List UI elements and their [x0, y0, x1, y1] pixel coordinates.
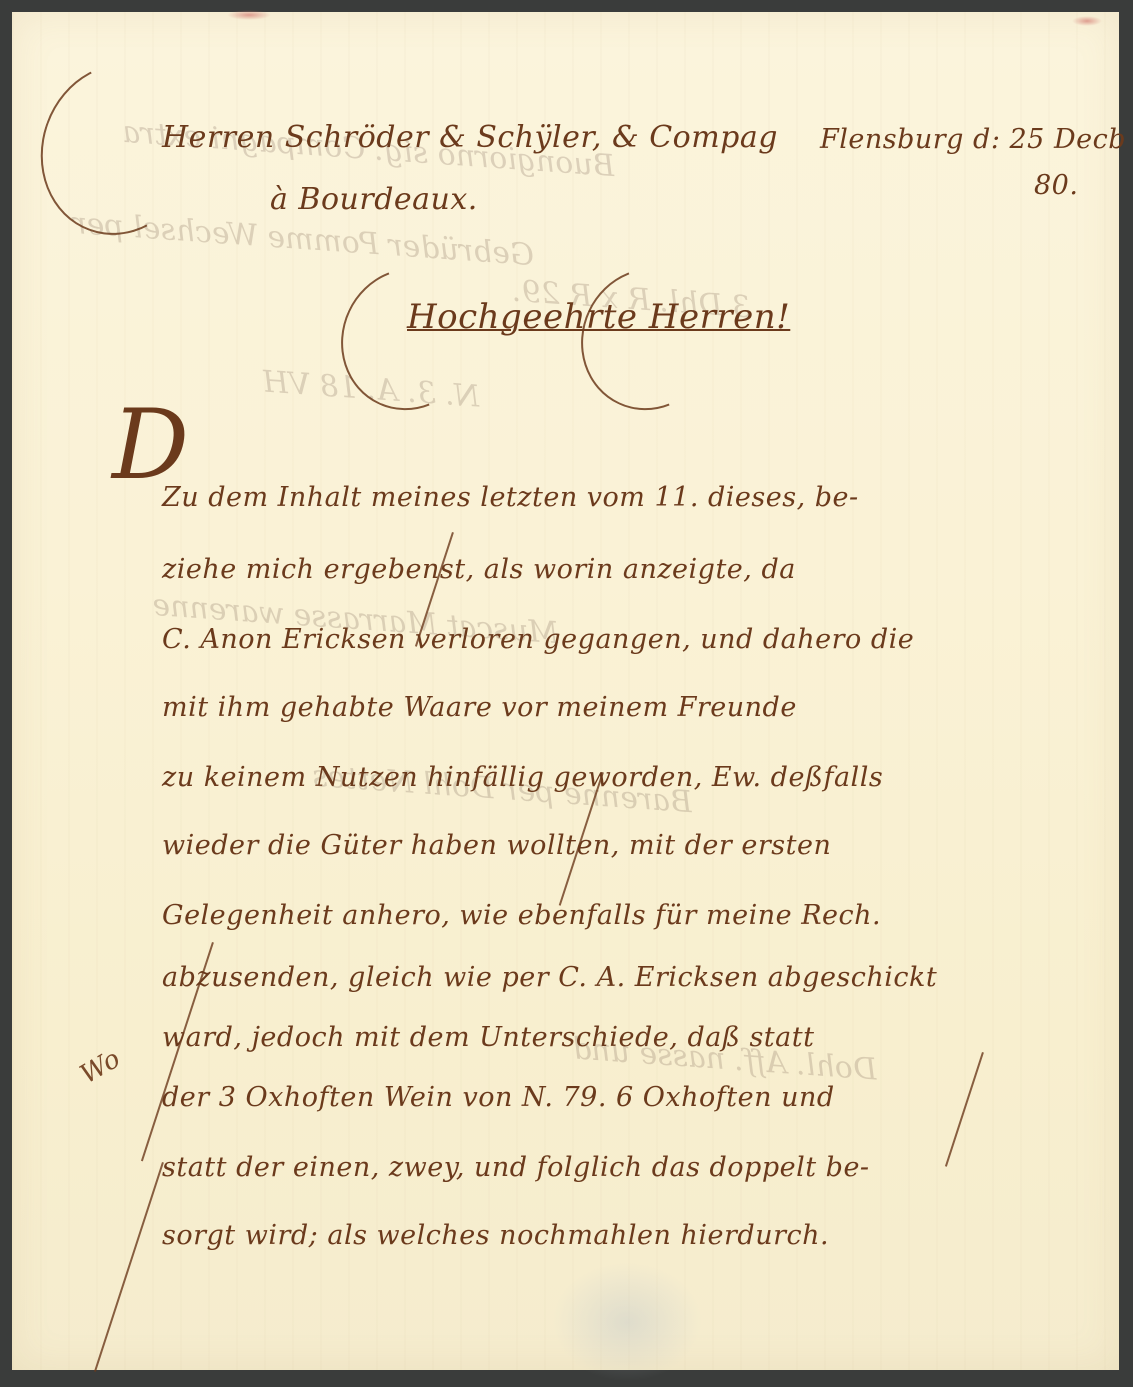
addressee-line-1: Herren Schröder & Schÿler, & Compag [162, 120, 778, 155]
addressee-line-2: à Bourdeaux. [270, 182, 478, 217]
body-line-9: ward, jedoch mit dem Unterschiede, daß s… [162, 1022, 814, 1053]
body-line-8: abzusenden, gleich wie per C. A. Erickse… [162, 962, 937, 993]
place-and-date: Flensburg d: 25 Decb [820, 124, 1126, 155]
descender-stroke [945, 1052, 984, 1167]
margin-note: Wo [75, 1044, 125, 1090]
body-line-5: zu keinem Nutzen hinfällig geworden, Ew.… [162, 762, 883, 793]
descender-stroke [94, 1162, 164, 1372]
body-line-2: ziehe mich ergebenst, als worin anzeigte… [162, 554, 796, 585]
flourish-H [558, 245, 740, 432]
body-line-11: statt der einen, zwey, und folglich das … [162, 1152, 870, 1183]
wax-trace [227, 10, 271, 20]
body-line-7: Gelegenheit anhero, wie ebenfalls für me… [162, 900, 881, 931]
paper-stain [552, 1262, 702, 1382]
body-line-4: mit ihm gehabte Waare vor meinem Freunde [162, 692, 797, 723]
flourish-H [318, 245, 500, 432]
wax-trace [1072, 16, 1102, 26]
bleed-through-text: N. 3. A. 18 VH [261, 364, 481, 414]
body-line-3: C. Anon Ericksen verloren gegangen, und … [162, 624, 914, 655]
initial-letter: D [112, 397, 189, 493]
body-line-10: der 3 Oxhoften Wein von N. 79. 6 Oxhofte… [162, 1082, 835, 1113]
letter-page: Buongiorno sig. Compagni extra Gebrüder … [12, 12, 1119, 1370]
salutation: Hochgeehrte Herren! [407, 297, 790, 337]
body-line-12: sorgt wird; als welches nochmahlen hierd… [162, 1220, 829, 1251]
body-line-1: Zu dem Inhalt meines letzten vom 11. die… [162, 482, 859, 513]
date-year: 80. [1034, 170, 1078, 201]
body-line-6: wieder die Güter haben wollten, mit der … [162, 830, 831, 861]
